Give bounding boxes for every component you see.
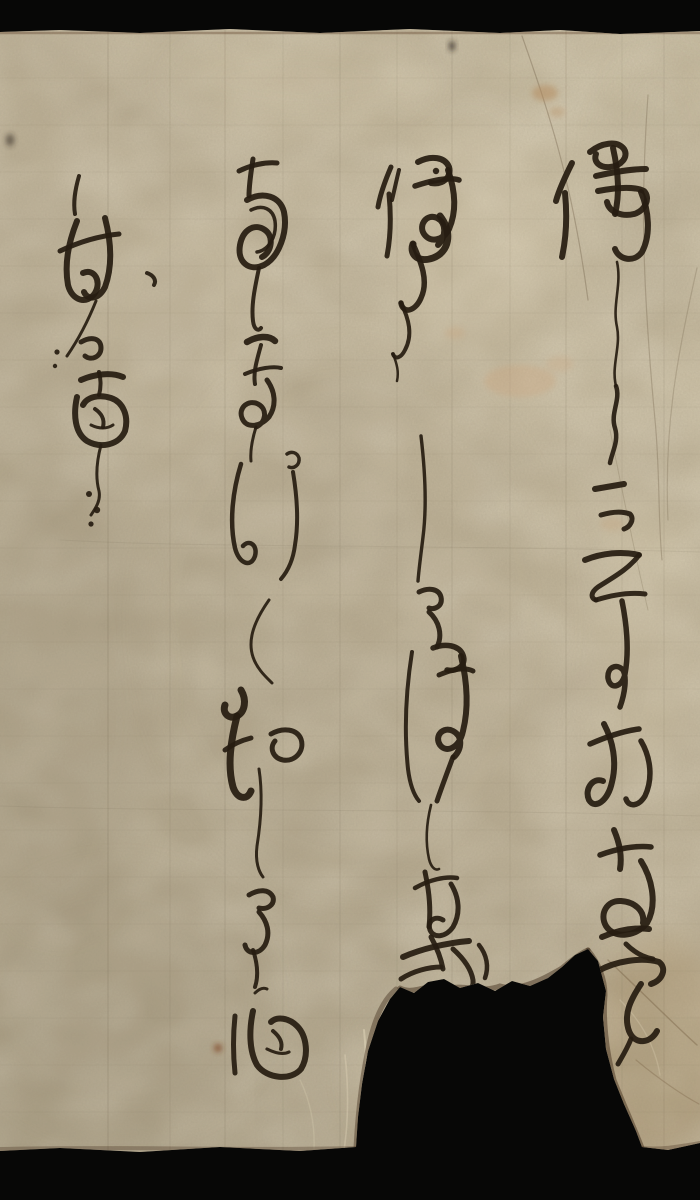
tone-patch bbox=[170, 35, 430, 125]
photo-stage bbox=[0, 0, 700, 1200]
stain bbox=[449, 41, 455, 51]
brush-dot bbox=[86, 491, 92, 497]
stain bbox=[6, 134, 14, 146]
brush-dot bbox=[88, 521, 93, 526]
manuscript-photo bbox=[0, 0, 700, 1200]
brush-stroke bbox=[234, 1016, 236, 1073]
stain bbox=[549, 107, 565, 117]
stain bbox=[600, 517, 624, 531]
tone-patch bbox=[592, 490, 688, 790]
stain bbox=[445, 327, 465, 339]
brush-dot bbox=[54, 349, 59, 354]
brush-dot bbox=[53, 364, 57, 368]
stain bbox=[532, 85, 558, 101]
brush-dot bbox=[433, 168, 439, 174]
stain bbox=[484, 365, 556, 397]
brush-stroke bbox=[99, 372, 101, 395]
brush-dot bbox=[94, 507, 100, 513]
stain bbox=[546, 356, 574, 372]
stain bbox=[214, 1044, 222, 1052]
